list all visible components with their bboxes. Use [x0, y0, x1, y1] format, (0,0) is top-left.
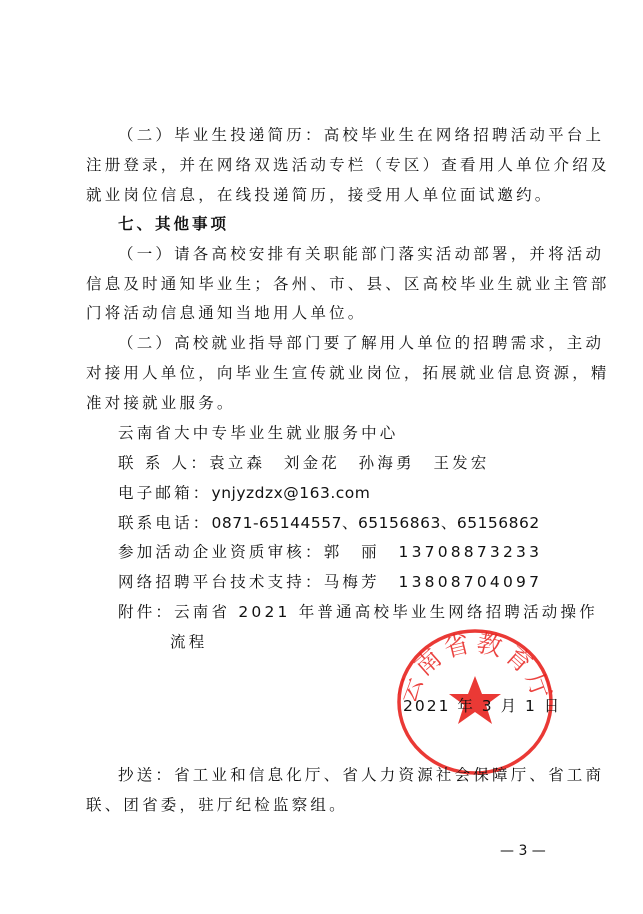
- page-number: — 3 —: [500, 843, 546, 859]
- email-row: 电子邮箱：ynjyzdzx@163.com: [118, 483, 370, 503]
- paragraph-line: 就业岗位信息，在线投递简历，接受用人单位面试邀约。: [86, 185, 554, 205]
- attachment-label: 附件：: [118, 603, 174, 621]
- paragraph-line: 信息及时通知毕业生；各州、市、县、区高校毕业生就业主管部: [86, 274, 610, 294]
- email-label: 电子邮箱：: [118, 484, 212, 502]
- tech-support-contact: 马梅芳 13808704097: [324, 573, 542, 591]
- phone-numbers: 0871-65144557、65156863、65156862: [212, 514, 540, 532]
- phone-label: 联系电话：: [118, 514, 212, 532]
- contact-persons-label: 联 系 人：: [118, 454, 209, 472]
- attachment-row: 附件：云南省 2021 年普通高校毕业生网络招聘活动操作: [118, 602, 598, 622]
- contact-persons-row: 联 系 人：袁立森 刘金花 孙海勇 王发宏: [118, 453, 490, 473]
- issue-date: 2021 年 3 月 1 日: [403, 694, 561, 716]
- section-heading: 七、其他事项: [118, 214, 229, 234]
- qualification-row: 参加活动企业资质审核：郭 丽 13708873233: [118, 542, 542, 562]
- phone-row: 联系电话：0871-65144557、65156863、65156862: [118, 513, 540, 533]
- tech-support-label: 网络招聘平台技术支持：: [118, 573, 324, 591]
- attachment-title: 云南省 2021 年普通高校毕业生网络招聘活动操作: [174, 603, 598, 621]
- paragraph-line: 门将活动信息通知当地用人单位。: [86, 303, 367, 323]
- cc-line: 抄送：省工业和信息化厅、省人力资源社会保障厅、省工商: [118, 765, 604, 785]
- qualification-label: 参加活动企业资质审核：: [118, 543, 324, 561]
- contact-persons: 袁立森 刘金花 孙海勇 王发宏: [209, 454, 490, 472]
- cc-line: 联、团省委，驻厅纪检监察组。: [86, 795, 348, 815]
- organization-name: 云南省大中专毕业生就业服务中心: [118, 423, 399, 443]
- tech-support-row: 网络招聘平台技术支持：马梅芳 13808704097: [118, 572, 542, 592]
- email-address[interactable]: ynjyzdzx@163.com: [212, 484, 371, 502]
- attachment-title-continued: 流程: [170, 632, 207, 652]
- paragraph-line: （一）请各高校安排有关职能部门落实活动部署，并将活动: [118, 244, 604, 264]
- paragraph-line: 准对接就业服务。: [86, 393, 236, 413]
- paragraph-line: （二）毕业生投递简历：高校毕业生在网络招聘活动平台上: [118, 125, 604, 145]
- qualification-contact: 郭 丽 13708873233: [324, 543, 542, 561]
- paragraph-line: 对接用人单位，向毕业生宣传就业岗位，拓展就业信息资源，精: [86, 363, 610, 383]
- paragraph-line: 注册登录，并在网络双选活动专栏（专区）查看用人单位介绍及: [86, 155, 610, 175]
- paragraph-line: （二）高校就业指导部门要了解用人单位的招聘需求，主动: [118, 333, 604, 353]
